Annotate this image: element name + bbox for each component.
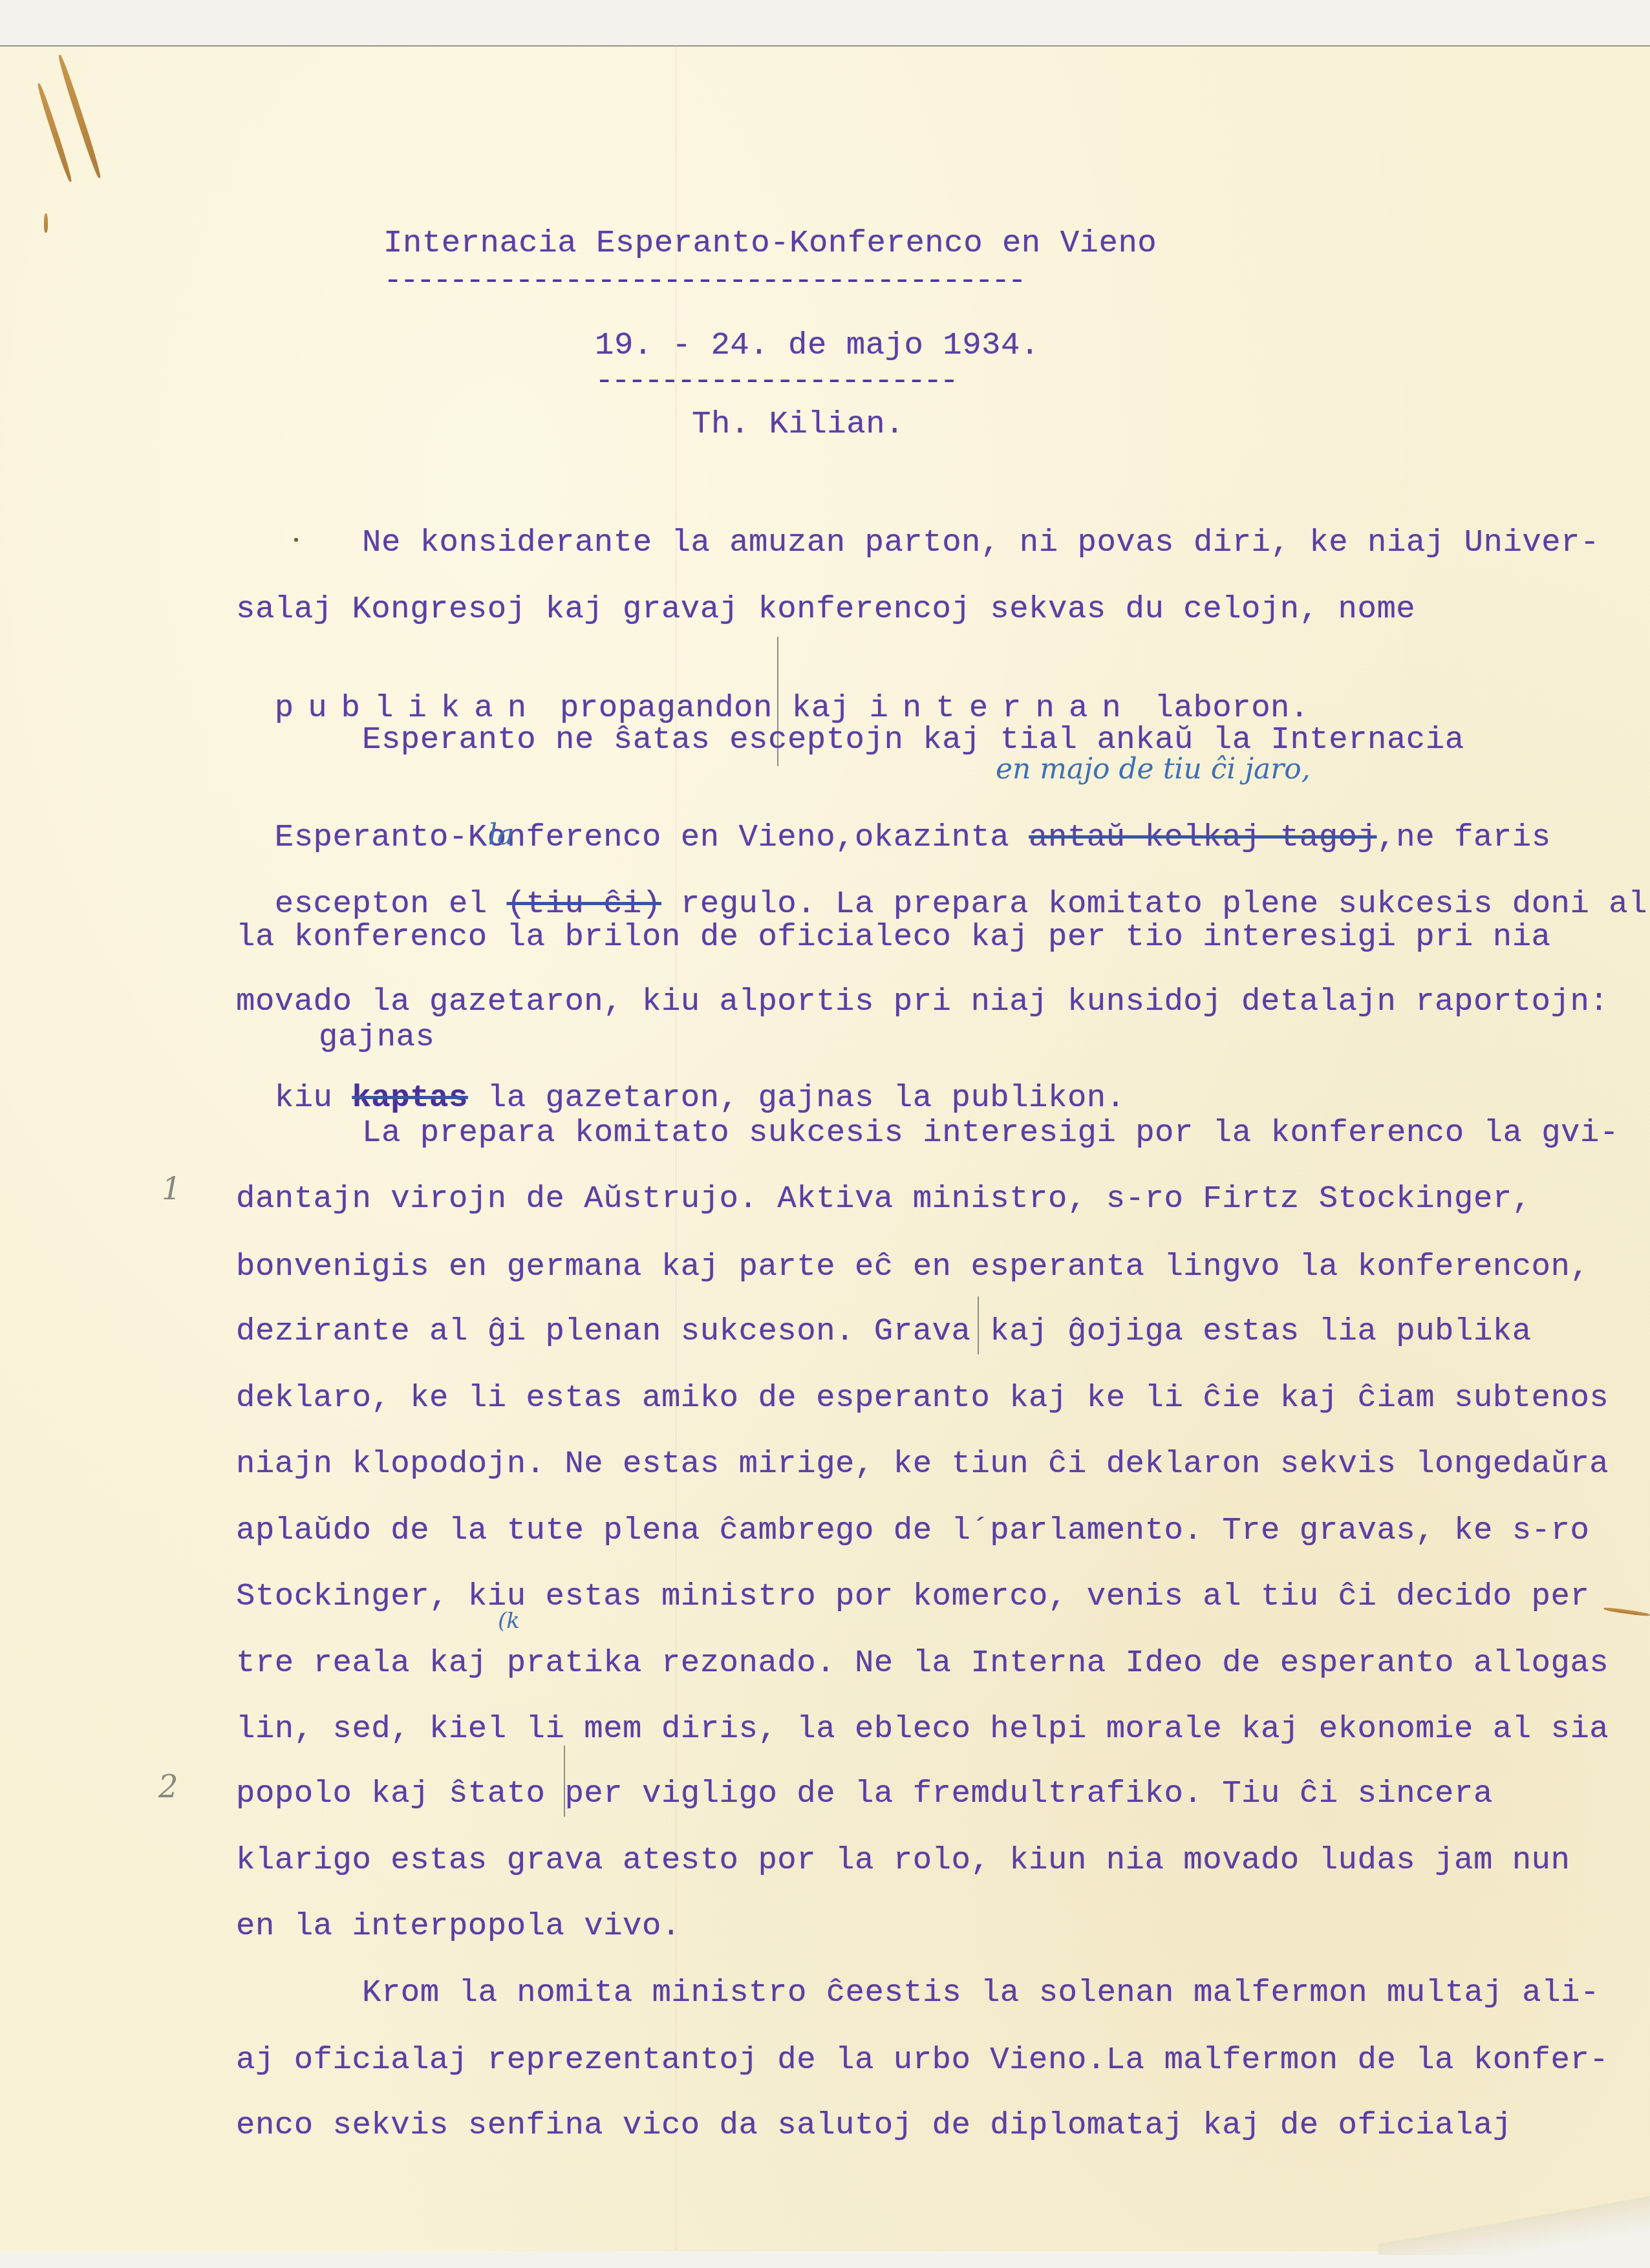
overtyped-text: kaptas: [352, 1080, 467, 1116]
spaced-word-publikan: publikan: [275, 690, 541, 726]
handwritten-correction: la: [488, 821, 514, 850]
text-segment: regulo. La prepara komitato plene sukces…: [661, 886, 1647, 922]
paragraph-3-line-7: aplaŭdo de la tute plena ĉambrego de l´p…: [236, 1515, 1589, 1546]
document-title: Internacia Esperanto-Konferenco en Vieno: [383, 228, 1157, 259]
paragraph-3-line-4: dezirante al ĝi plenan sukceson. Grava k…: [236, 1316, 1532, 1347]
struck-text: (tiu ĉi): [507, 886, 661, 922]
paragraph-4-line-2: aj oficialaj reprezentantoj de la urbo V…: [236, 2044, 1609, 2076]
struck-text: antaŭ kelkaj tagoj: [1029, 819, 1377, 855]
paragraph-4-line-1: Krom la nomita ministro ĉeestis la solen…: [362, 1977, 1600, 2009]
paragraph-4-line-3: enco sekvis senfina vico da salutoj de d…: [236, 2110, 1512, 2141]
paragraph-3-line-6: niajn klopodojn. Ne estas mirige, ke tiu…: [236, 1448, 1609, 1480]
text-segment: escepton el: [275, 886, 507, 922]
text-segment: kiu: [275, 1080, 352, 1116]
margin-dot: [294, 538, 298, 542]
text-segment: propagandon kaj: [541, 690, 869, 726]
paragraph-3-line-10: lin, sed, kiel li mem diris, la ebleco h…: [236, 1713, 1609, 1745]
pencil-insert-mark: [564, 1746, 565, 1817]
paragraph-2-line-4: la konferenco la brilon de oficialeco ka…: [236, 921, 1551, 953]
margin-note-2: 2: [158, 1771, 178, 1803]
document-author: Th. Kilian.: [692, 409, 905, 440]
typed-correction: gajnas: [319, 1022, 434, 1053]
paragraph-3-line-13: en la interpopola vivo.: [236, 1910, 681, 1942]
margin-note-1: 1: [162, 1173, 182, 1204]
paragraph-1-line-3: publikan propagandon kaj internan laboro…: [236, 661, 1309, 724]
text-segment: la gazetaron, gajnas la publikon.: [468, 1080, 1126, 1116]
paragraph-2-line-2: Esperanto-Konferenco en Vieno,okazinta a…: [236, 790, 1551, 853]
paragraph-3-line-1: La prepara komitato sukcesis interesigi …: [362, 1117, 1619, 1149]
rust-stain-mark: [44, 213, 48, 233]
paragraph-3-line-12: klarigo estas grava atesto por la rolo, …: [236, 1845, 1570, 1876]
paragraph-3-line-8: Stockinger, kiu estas ministro por komer…: [236, 1581, 1589, 1612]
pencil-insert-mark: [978, 1296, 979, 1354]
paragraph-2-line-3: escepton el (tiu ĉi) regulo. La prepara …: [236, 857, 1647, 920]
paragraph-2-line-1: Esperanto ne ŝatas esceptojn kaj tial an…: [362, 724, 1464, 756]
text-segment: Esperanto-Konferenco en Vieno,okazinta: [275, 819, 1029, 855]
paragraph-1-line-1: Ne konsiderante la amuzan parton, ni pov…: [362, 527, 1600, 559]
title-underline: ---------------------------------------: [383, 265, 1024, 297]
paragraph-3-line-2: dantajn virojn de Aŭstrujo. Aktiva minis…: [236, 1183, 1532, 1215]
date-underline: ----------------------: [595, 365, 956, 397]
document-date: 19. - 24. de majo 1934.: [595, 330, 1040, 361]
handwritten-correction: (k: [498, 1610, 520, 1632]
paragraph-3-line-11: popolo kaj ŝtato per vigligo de la fremd…: [236, 1778, 1493, 1810]
text-segment: laboron.: [1135, 690, 1309, 726]
spaced-word-internan: internan: [869, 690, 1135, 726]
text-segment: ,ne faris: [1377, 819, 1550, 855]
handwritten-correction: en majo de tiu ĉi jaro,: [996, 755, 1311, 784]
paragraph-3-line-5: deklaro, ke li estas amiko de esperanto …: [236, 1382, 1609, 1414]
paragraph-3-line-3: bonvenigis en germana kaj parte eĉ en es…: [236, 1251, 1589, 1283]
paragraph-2-line-5: movado la gazetaron, kiu alportis pri ni…: [236, 986, 1609, 1018]
torn-corner: [1378, 2184, 1650, 2255]
paragraph-2-line-6: kiu kaptas la gazetaron, gajnas la publi…: [236, 1051, 1126, 1114]
paragraph-1-line-2: salaj Kongresoj kaj gravaj konferencoj s…: [236, 594, 1415, 625]
paragraph-3-line-9: tre reala kaj pratika rezonado. Ne la In…: [236, 1647, 1609, 1679]
